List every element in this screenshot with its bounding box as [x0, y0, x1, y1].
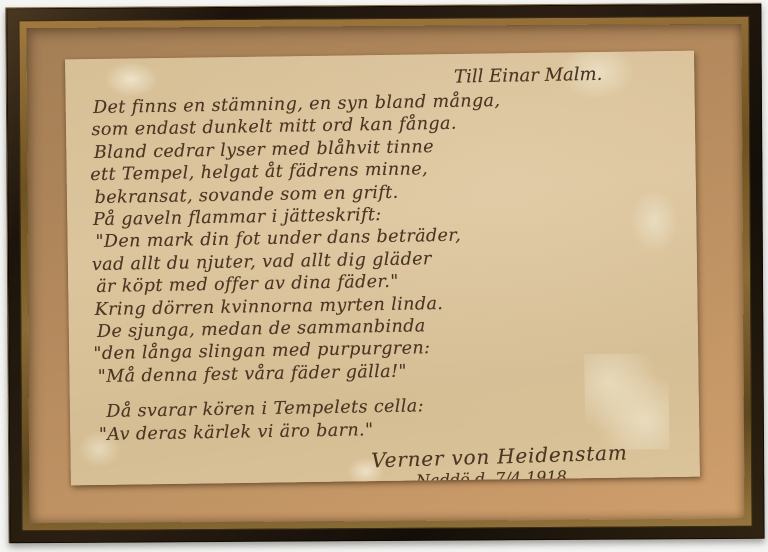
auction-photo: Till Einar Malm. Det finns en stämning, …: [0, 0, 768, 552]
mat-board: Till Einar Malm. Det finns en stämning, …: [26, 24, 744, 523]
poem-body: Det finns en stämning, en syn bland mång…: [65, 84, 700, 447]
frame-gold-lip: Till Einar Malm. Det finns en stämning, …: [18, 16, 752, 531]
manuscript-paper: Till Einar Malm. Det finns en stämning, …: [65, 51, 700, 486]
picture-frame: Till Einar Malm. Det finns en stämning, …: [5, 3, 764, 544]
